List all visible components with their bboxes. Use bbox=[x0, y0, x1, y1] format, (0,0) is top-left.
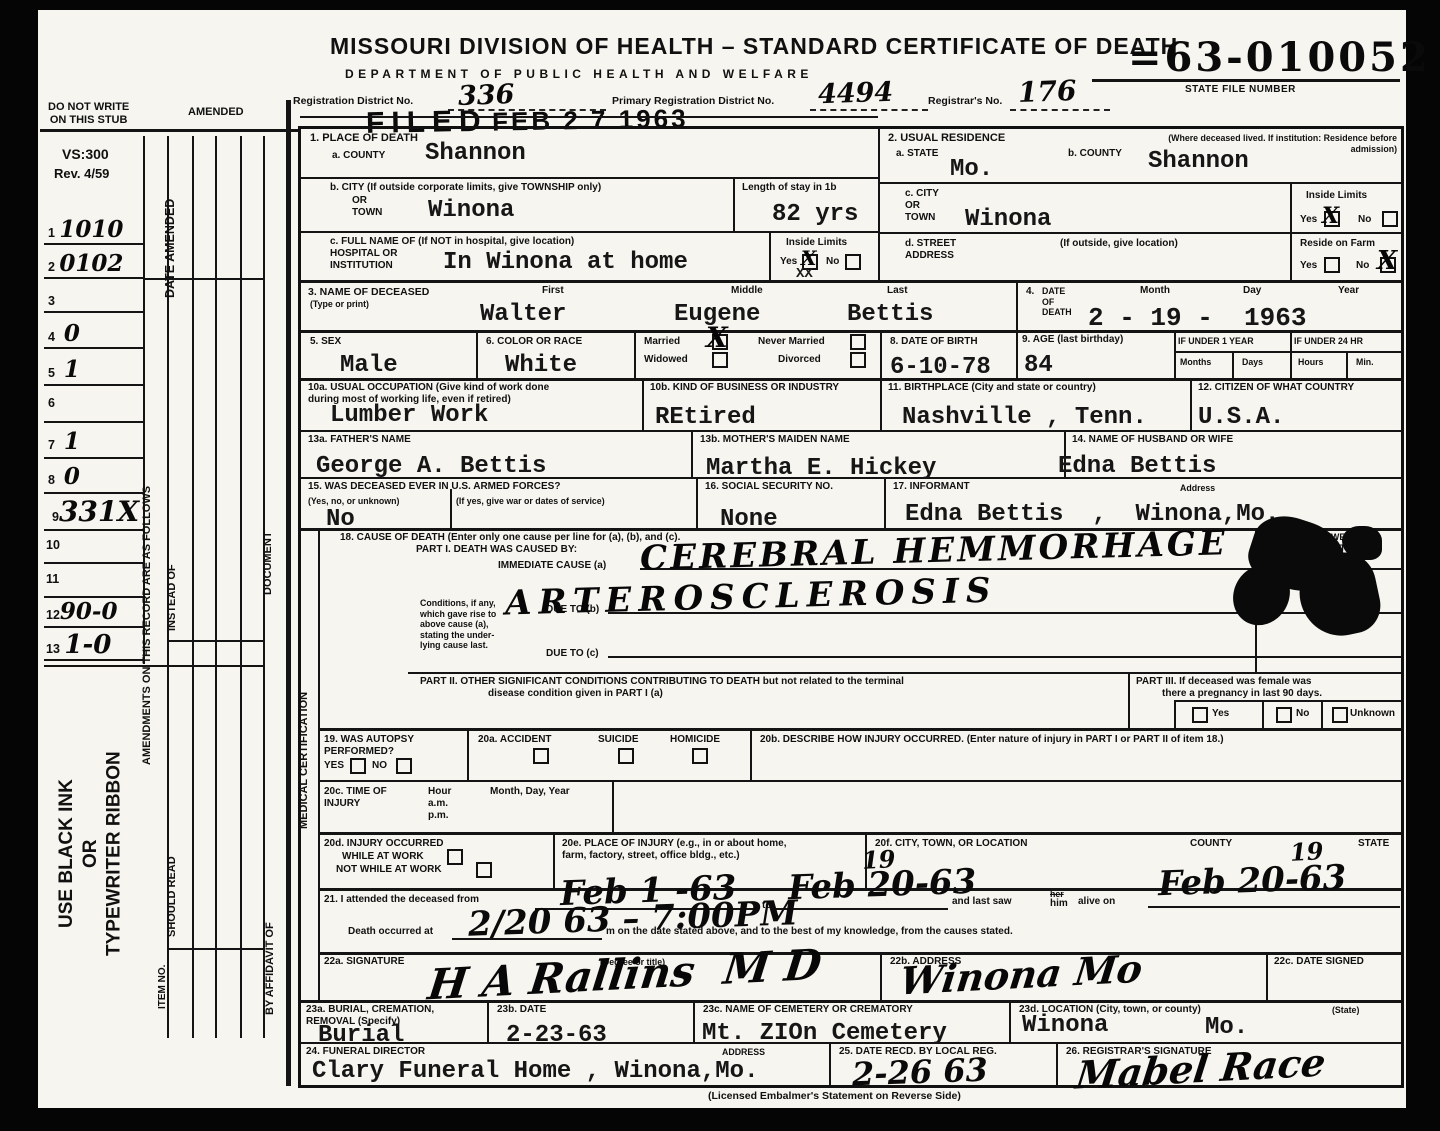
no-checkbox-2c bbox=[1382, 211, 1398, 227]
divider bbox=[1010, 109, 1110, 111]
last-name-value: Bettis bbox=[847, 303, 933, 327]
divider bbox=[300, 116, 878, 118]
yes-label: Yes bbox=[1300, 214, 1317, 226]
divider bbox=[1190, 378, 1192, 430]
registrar-no-value: 176 bbox=[1018, 77, 1077, 107]
last-label: Last bbox=[887, 285, 908, 297]
divider bbox=[829, 1042, 831, 1086]
while-at-work-checkbox bbox=[447, 849, 463, 865]
yes-checkmark-1c: X bbox=[801, 248, 817, 268]
social-security-value: None bbox=[720, 508, 778, 532]
stub-row: 10 bbox=[46, 536, 60, 554]
divider bbox=[1266, 952, 1268, 1000]
divider bbox=[1148, 906, 1400, 908]
divider bbox=[878, 232, 1402, 234]
part1-label: PART I. DEATH WAS CAUSED BY: bbox=[416, 544, 577, 556]
divider bbox=[880, 330, 882, 378]
divider bbox=[44, 457, 143, 459]
injury-county-label: COUNTY bbox=[1190, 838, 1232, 850]
stub-revision: Rev. 4/59 bbox=[54, 166, 109, 181]
name-of-deceased-title: 3. NAME OF DECEASED bbox=[308, 286, 429, 298]
divider bbox=[608, 656, 1402, 658]
divider bbox=[450, 489, 452, 528]
stub-row-num: 13 bbox=[46, 642, 60, 656]
divider bbox=[44, 311, 143, 313]
burial-date-label: 23b. DATE bbox=[497, 1004, 546, 1016]
divorced-label: Divorced bbox=[778, 354, 821, 366]
divider bbox=[750, 728, 752, 780]
sex-label: 5. SEX bbox=[310, 336, 341, 348]
stub-row-num: 10 bbox=[46, 538, 60, 552]
widowed-checkbox bbox=[712, 352, 728, 368]
registrar-no-label: Registrar's No. bbox=[928, 95, 1002, 107]
divider bbox=[44, 562, 143, 564]
no-label: No bbox=[826, 256, 839, 268]
superscript-19: 19 bbox=[861, 847, 896, 873]
cemetery-label: 23c. NAME OF CEMETERY OR CREMATORY bbox=[703, 1004, 913, 1016]
divider bbox=[143, 278, 265, 280]
stub-row-num: 4 bbox=[48, 330, 55, 344]
divider bbox=[192, 136, 194, 1038]
stub-form-number: VS:300 bbox=[62, 146, 109, 163]
divorced-checkbox bbox=[850, 352, 866, 368]
divider bbox=[44, 596, 143, 598]
citizen-value: U.S.A. bbox=[1198, 406, 1284, 430]
burial-date-value: 2-23-63 bbox=[506, 1024, 607, 1048]
suicide-checkbox bbox=[618, 748, 634, 764]
farm-yes-checkbox bbox=[1324, 257, 1340, 273]
sex-value: Male bbox=[340, 354, 398, 378]
armed-forces-paren2: (If yes, give war or dates of service) bbox=[456, 496, 605, 507]
married-label: Married bbox=[644, 336, 680, 348]
social-security-label: 16. SOCIAL SECURITY NO. bbox=[705, 481, 833, 493]
divider bbox=[880, 378, 882, 430]
funeral-director-value: Clary Funeral Home , Winona,Mo. bbox=[312, 1060, 758, 1084]
divider bbox=[1016, 280, 1018, 378]
divider bbox=[44, 659, 143, 661]
months-label: Months bbox=[1180, 357, 1211, 368]
while-at-work-label: WHILE AT WORK bbox=[342, 851, 424, 863]
page-title: MISSOURI DIVISION OF HEALTH – STANDARD C… bbox=[330, 33, 1178, 60]
stub-instead-of-label: INSTEAD OF bbox=[166, 540, 188, 655]
injury-occurred-label: 20d. INJURY OCCURRED bbox=[324, 838, 443, 850]
divider bbox=[476, 330, 478, 378]
him-label: him bbox=[1050, 898, 1068, 910]
divider bbox=[1290, 330, 1292, 378]
autopsy-no-checkbox bbox=[396, 758, 412, 774]
divider bbox=[40, 129, 298, 132]
autopsy-yes-checkbox bbox=[350, 758, 366, 774]
divider bbox=[318, 780, 1402, 782]
superscript-19: 19 bbox=[1289, 839, 1324, 865]
dept-subtitle: DEPARTMENT OF PUBLIC HEALTH AND WELFARE bbox=[345, 67, 813, 81]
divider bbox=[1174, 700, 1402, 702]
kind-of-business-value: REtired bbox=[655, 406, 756, 430]
autopsy-no-label: NO bbox=[372, 760, 387, 772]
usual-residence-title: 2. USUAL RESIDENCE bbox=[888, 132, 1005, 145]
divider bbox=[300, 280, 1402, 283]
not-while-at-work-label: NOT WHILE AT WORK bbox=[336, 864, 442, 876]
stub-date-amended-label: DATE AMENDED bbox=[163, 148, 187, 348]
city-value: Winona bbox=[428, 199, 514, 223]
stub-row: 11 bbox=[46, 570, 59, 588]
street-address-label: d. STREET ADDRESS bbox=[905, 238, 956, 262]
divider bbox=[634, 330, 636, 378]
divider bbox=[1174, 330, 1176, 378]
time-of-injury-label: 20c. TIME OF INJURY bbox=[324, 786, 387, 810]
part2-line2: disease condition given in PART I (a) bbox=[488, 688, 663, 700]
city-or-town-label: OR TOWN bbox=[352, 195, 382, 219]
if-under-24-hr-label: IF UNDER 24 HR bbox=[1294, 336, 1363, 347]
fathers-name-value: George A. Bettis bbox=[316, 455, 546, 479]
armed-forces-paren1: (Yes, no, or unknown) bbox=[308, 496, 399, 507]
if-under-1-year-label: IF UNDER 1 YEAR bbox=[1178, 336, 1254, 347]
stub-by-affidavit-label: BY AFFIDAVIT OF bbox=[264, 898, 284, 1040]
stub-row-num: 8 bbox=[48, 473, 55, 487]
county-value-2: Shannon bbox=[1148, 150, 1249, 174]
divider bbox=[642, 378, 644, 430]
no-label: No bbox=[1356, 260, 1369, 272]
days-label: Days bbox=[1242, 357, 1263, 368]
divider bbox=[1056, 1042, 1058, 1086]
armed-forces-value: No bbox=[326, 508, 355, 532]
location-state-label: (State) bbox=[1332, 1005, 1359, 1016]
birthplace-label: 11. BIRTHPLACE (City and state or countr… bbox=[888, 382, 1096, 394]
divider bbox=[733, 177, 735, 231]
state-label: a. STATE bbox=[896, 148, 938, 160]
divider bbox=[878, 128, 880, 280]
stub-row-value: 0102 bbox=[59, 250, 123, 277]
never-married-label: Never Married bbox=[758, 336, 825, 348]
divider bbox=[300, 177, 878, 179]
informant-label: 17. INFORMANT bbox=[893, 481, 970, 493]
state-file-number-label: STATE FILE NUMBER bbox=[1185, 84, 1296, 96]
county-label: a. COUNTY bbox=[332, 150, 385, 162]
death-post-label: m on the date stated above, and to the b… bbox=[606, 926, 1013, 938]
cemetery-value: Mt. ZIOn Cemetery bbox=[702, 1022, 947, 1046]
stub-row-num: 3 bbox=[48, 294, 55, 308]
signature-label: 22a. SIGNATURE bbox=[324, 956, 404, 968]
autopsy-yes-label: YES bbox=[324, 760, 344, 772]
stub-row-num: 7 bbox=[48, 438, 55, 452]
pregnancy-unknown-label: Unknown bbox=[1350, 708, 1395, 720]
divider bbox=[300, 378, 1402, 381]
homicide-label: HOMICIDE bbox=[670, 734, 720, 746]
stub-row-num: 11 bbox=[46, 572, 59, 586]
yes-label: Yes bbox=[1300, 260, 1317, 272]
alive-on-label: alive on bbox=[1078, 896, 1115, 908]
injury-state-label: STATE bbox=[1358, 838, 1389, 850]
divider bbox=[318, 952, 1402, 955]
divider bbox=[1346, 351, 1348, 378]
last-alive-value: Feb 20-63 bbox=[1157, 861, 1346, 902]
stub-row: 1 1010 bbox=[48, 218, 123, 242]
burial-value: Burial bbox=[318, 1024, 404, 1048]
inside-limits-label-2c: Inside Limits bbox=[1306, 190, 1367, 202]
part3-line2: there a pregnancy in last 90 days. bbox=[1162, 688, 1322, 700]
stub-row-num: 5 bbox=[48, 366, 55, 380]
divider bbox=[696, 477, 698, 528]
stub-row-value: 0 bbox=[64, 463, 80, 490]
divider bbox=[44, 626, 143, 628]
stub-row: 2 0102 bbox=[48, 252, 123, 276]
husband-or-wife-value: Edna Bettis bbox=[1058, 455, 1216, 479]
divider bbox=[1232, 351, 1234, 378]
divider bbox=[1290, 182, 1292, 280]
pregnancy-no-label: No bbox=[1296, 708, 1309, 720]
divider bbox=[880, 952, 882, 1000]
married-checkmark: X bbox=[706, 324, 728, 352]
pregnancy-unknown-checkbox bbox=[1332, 707, 1348, 723]
stub-do-not-write: DO NOT WRITE ON THIS STUB bbox=[48, 101, 129, 127]
divider bbox=[300, 231, 878, 233]
stub-row: 1290-0 bbox=[46, 600, 117, 624]
month-day-year-label: Month, Day, Year bbox=[490, 786, 570, 798]
stub-row-value: 90-0 bbox=[60, 598, 118, 625]
citizen-label: 12. CITIZEN OF WHAT COUNTRY bbox=[1198, 382, 1354, 394]
location-state-value: Mo. bbox=[1205, 1016, 1248, 1040]
stub-row: 6 bbox=[48, 394, 55, 412]
stub-row-num: 2 bbox=[48, 260, 55, 274]
divider bbox=[553, 832, 555, 888]
stub-row-value: 0 bbox=[64, 320, 80, 347]
homicide-checkbox bbox=[692, 748, 708, 764]
stub-row-num: 9 bbox=[52, 510, 59, 524]
place-of-injury-label: 20e. PLACE OF INJURY (e.g., in or about … bbox=[562, 838, 786, 862]
divider bbox=[44, 347, 143, 349]
divider bbox=[44, 421, 143, 423]
color-or-race-value: White bbox=[505, 354, 577, 378]
first-label: First bbox=[542, 285, 564, 297]
birthplace-value: Nashville , Tenn. bbox=[902, 406, 1147, 430]
stub-row: 7 1 bbox=[48, 430, 80, 454]
date-of-birth-value: 6-10-78 bbox=[890, 356, 991, 380]
divider bbox=[884, 477, 886, 528]
divider bbox=[612, 780, 614, 832]
divider bbox=[44, 277, 143, 279]
min-label: Min. bbox=[1356, 357, 1374, 368]
part2-line1: PART II. OTHER SIGNIFICANT CONDITIONS CO… bbox=[420, 676, 904, 688]
type-or-print-label: (Type or print) bbox=[310, 299, 369, 310]
county-label-2: b. COUNTY bbox=[1068, 148, 1122, 160]
stub-row-num: 6 bbox=[48, 396, 55, 410]
date-of-death-value: 2 - 19 - 1963 bbox=[1088, 305, 1306, 331]
divider bbox=[1262, 700, 1264, 728]
divider bbox=[810, 109, 928, 111]
funeral-director-address-label: ADDRESS bbox=[722, 1047, 765, 1058]
city-label: b. CITY (If outside corporate limits, gi… bbox=[330, 182, 601, 194]
stub-row-value: 1010 bbox=[59, 216, 123, 243]
stub-document-label: DOCUMENT bbox=[262, 522, 282, 604]
mothers-maiden-name-label: 13b. MOTHER'S MAIDEN NAME bbox=[700, 434, 850, 446]
stub-amended-label: AMENDED bbox=[188, 106, 244, 119]
suicide-label: SUICIDE bbox=[598, 734, 639, 746]
accident-label: 20a. ACCIDENT bbox=[478, 734, 552, 746]
pregnancy-yes-checkbox bbox=[1192, 707, 1208, 723]
stub-row: 9331X bbox=[52, 498, 139, 526]
describe-injury-label: 20b. DESCRIBE HOW INJURY OCCURRED. (Ente… bbox=[760, 734, 1224, 746]
divider bbox=[215, 136, 217, 1038]
divider bbox=[240, 136, 242, 1038]
stub-row: 8 0 bbox=[48, 465, 80, 489]
divider bbox=[772, 908, 948, 910]
armed-forces-label: 15. WAS DECEASED EVER IN U.S. ARMED FORC… bbox=[308, 481, 560, 493]
cause-of-death-title: 18. CAUSE OF DEATH (Enter only one cause… bbox=[340, 532, 680, 544]
divider bbox=[44, 384, 143, 386]
divider bbox=[1009, 1000, 1011, 1042]
kind-of-business-label: 10b. KIND OF BUSINESS OR INDUSTRY bbox=[650, 382, 839, 394]
divider bbox=[408, 672, 1402, 674]
stub-row-value: 1 bbox=[64, 428, 80, 455]
part3-line1: PART III. If deceased was female was bbox=[1136, 676, 1311, 688]
date-signed-label: 22c. DATE SIGNED bbox=[1274, 956, 1364, 968]
death-occurred-label: Death occurred at bbox=[348, 926, 433, 938]
stub-row-value: 331X bbox=[59, 495, 139, 528]
injury-city-label: 20f. CITY, TOWN, OR LOCATION bbox=[875, 838, 1027, 850]
farm-no-checkmark: X bbox=[1377, 248, 1397, 274]
street-address-paren: (If outside, give location) bbox=[1060, 238, 1178, 250]
divider bbox=[691, 430, 693, 477]
embalmer-note: (Licensed Embalmer's Statement on Revers… bbox=[708, 1090, 961, 1102]
first-name-value: Walter bbox=[480, 303, 566, 327]
length-of-stay-label: Length of stay in 1b bbox=[742, 182, 836, 194]
stub-use-black-ink-label: USE BLACK INK OR TYPEWRITER RIBBON bbox=[55, 735, 135, 972]
divider bbox=[467, 728, 469, 780]
stub-row-value: 1 bbox=[64, 356, 80, 383]
divider bbox=[318, 832, 1402, 835]
date-of-death-number: 4. bbox=[1026, 286, 1034, 298]
divider bbox=[318, 528, 320, 1000]
death-certificate-scan: MISSOURI DIVISION OF HEALTH – STANDARD C… bbox=[0, 0, 1440, 1131]
mothers-maiden-name-value: Martha E. Hickey bbox=[706, 457, 936, 481]
no-checkbox-1c bbox=[845, 254, 861, 270]
divider bbox=[318, 728, 1402, 731]
age-value: 84 bbox=[1024, 354, 1053, 378]
pregnancy-no-checkbox bbox=[1276, 707, 1292, 723]
ink-blot bbox=[1222, 512, 1402, 647]
divider bbox=[769, 231, 771, 280]
attended-pre-label: 21. I attended the deceased from bbox=[324, 894, 479, 906]
xx-typed-mark: XX bbox=[796, 267, 813, 281]
location-city-value: Winona bbox=[1022, 1014, 1108, 1038]
divider bbox=[1174, 700, 1176, 728]
primary-district-value: 4494 bbox=[818, 79, 894, 109]
divider bbox=[1092, 79, 1400, 82]
no-label: No bbox=[1358, 214, 1371, 226]
reside-on-farm-label: Reside on Farm bbox=[1300, 238, 1375, 250]
hour-am-pm-label: Hour a.m. p.m. bbox=[428, 786, 451, 821]
day-label: Day bbox=[1243, 285, 1261, 297]
widowed-label: Widowed bbox=[644, 354, 688, 366]
stub-should-read-label: SHOULD READ bbox=[166, 832, 188, 962]
stub-item-no-label: ITEM NO. bbox=[157, 955, 175, 1019]
not-while-at-work-checkbox bbox=[476, 862, 492, 878]
hours-label: Hours bbox=[1298, 357, 1323, 368]
divider bbox=[487, 1000, 489, 1042]
date-of-death-label: DATE OF DEATH bbox=[1042, 286, 1072, 318]
month-label: Month bbox=[1140, 285, 1170, 297]
informant-address-label: Address bbox=[1180, 483, 1215, 494]
city-label-2: c. CITY OR TOWN bbox=[905, 188, 939, 223]
stub-row-value: 1-0 bbox=[64, 630, 111, 660]
divider bbox=[44, 529, 143, 531]
color-or-race-label: 6. COLOR OR RACE bbox=[486, 336, 582, 348]
stub-amendments-label: AMENDMENTS ON THIS RECORD ARE AS FOLLOWS bbox=[141, 390, 163, 860]
accident-checkbox bbox=[533, 748, 549, 764]
state-value: Mo. bbox=[950, 158, 993, 182]
never-married-checkbox bbox=[850, 334, 866, 350]
divider bbox=[693, 1000, 695, 1042]
date-of-birth-label: 8. DATE OF BIRTH bbox=[890, 336, 978, 348]
husband-or-wife-label: 14. NAME OF HUSBAND OR WIFE bbox=[1072, 434, 1233, 446]
divider bbox=[286, 100, 291, 1086]
immediate-cause-label: IMMEDIATE CAUSE (a) bbox=[498, 560, 606, 572]
stub-row-num: 1 bbox=[48, 226, 55, 240]
divider bbox=[44, 243, 143, 245]
yes-label: Yes bbox=[780, 256, 797, 268]
divider bbox=[1321, 700, 1323, 728]
stub-row: 4 0 bbox=[48, 322, 80, 346]
funeral-director-label: 24. FUNERAL DIRECTOR bbox=[306, 1046, 425, 1058]
middle-label: Middle bbox=[731, 285, 763, 297]
state-file-number: =63-010052 bbox=[1128, 38, 1431, 78]
divider bbox=[1174, 351, 1402, 353]
age-label: 9. AGE (last birthday) bbox=[1022, 334, 1123, 346]
pregnancy-yes-label: Yes bbox=[1212, 708, 1229, 720]
divider bbox=[1128, 672, 1130, 728]
stub-row: 3 bbox=[48, 286, 55, 310]
stub-row: 5 1 bbox=[48, 358, 80, 382]
length-of-stay-value: 82 yrs bbox=[772, 203, 858, 227]
stub-row: 13 1-0 bbox=[46, 632, 111, 658]
hospital-value: In Winona at home bbox=[443, 251, 688, 275]
fathers-name-label: 13a. FATHER'S NAME bbox=[308, 434, 411, 446]
year-label: Year bbox=[1338, 285, 1359, 297]
county-value: Shannon bbox=[425, 142, 526, 166]
city-value-2: Winona bbox=[965, 208, 1051, 232]
usual-occupation-value: Lumber Work bbox=[330, 404, 488, 428]
due-to-c-label: DUE TO (c) bbox=[546, 648, 599, 660]
date-recd-value: 2-26 63 bbox=[851, 1054, 988, 1091]
place-of-death-title: 1. PLACE OF DEATH bbox=[310, 132, 418, 145]
yes-checkmark-2c: X bbox=[1322, 205, 1339, 227]
stub-row-num: 12 bbox=[46, 608, 60, 622]
last-saw-label: and last saw bbox=[952, 896, 1011, 908]
autopsy-label: 19. WAS AUTOPSY PERFORMED? bbox=[324, 734, 414, 758]
divider bbox=[44, 492, 143, 494]
